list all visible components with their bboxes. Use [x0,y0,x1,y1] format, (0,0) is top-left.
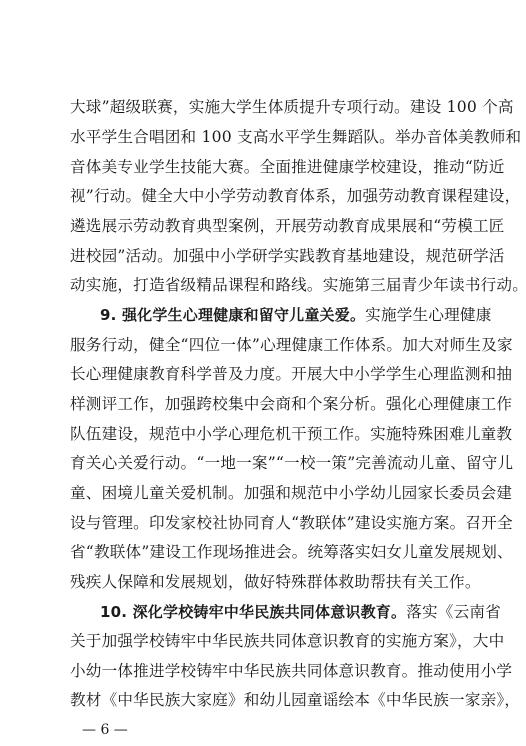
text-line: 小幼一体推进学校铸牢中华民族共同体意识教育。推动使用小学 [70,660,466,682]
text-span: 实施学生心理健康 [365,306,491,324]
text-line: 样测评工作，加强跨校集中会商和个案分析。强化心理健康工作 [70,393,466,415]
text-line: 水平学生合唱团和 100 支高水平学生舞蹈队。举办音体美教师和 [70,126,466,148]
text-line: 童、困境儿童关爱机制。加强和规范中小学幼儿园家长委员会建 [70,482,466,504]
text-line: 大球”超级联赛，实施大学生体质提升专项行动。建设 100 个高 [70,96,466,118]
document-page: 大球”超级联赛，实施大学生体质提升专项行动。建设 100 个高 水平学生合唱团和… [0,0,526,746]
text-line: 设与管理。印发家校社协同育人“教联体”建设实施方案。召开全 [70,512,466,534]
text-span: 落实《云南省 [406,603,501,621]
text-line: 教材《中华民族大家庭》和幼儿园童谣绘本《中华民族一家亲》， [70,689,466,711]
page-number: — 6 — [82,721,128,739]
section-heading: 9. 强化学生心理健康和留守儿童关爱。 [100,306,365,324]
text-line: 省“教联体”建设工作现场推进会。统筹落实妇女儿童发展规划、 [70,541,466,563]
text-line: 动实施，打造省级精品课程和路线。实施第三届青少年读书行动。 [70,274,466,296]
text-line: 关于加强学校铸牢中华民族共同体意识教育的实施方案》，大中 [70,630,466,652]
section-heading: 10. 深化学校铸牢中华民族共同体意识教育。 [100,603,406,621]
text-line: 服务行动，健全“四位一体”心理健康工作体系。加大对师生及家 [70,334,466,356]
text-line: 长心理健康教育科学普及力度。开展大中小学学生心理监测和抽 [70,363,466,385]
text-line: 视”行动。健全大中小学劳动教育体系，加强劳动教育课程建设， [70,185,466,207]
text-line: 育关心关爱行动。“一地一案”“一校一策”完善流动儿童、留守儿 [70,452,466,474]
text-line: 残疾人保障和发展规划，做好特殊群体救助帮扶有关工作。 [70,571,466,593]
text-line: 进校园”活动。加强中小学研学实践教育基地建设，规范研学活 [70,245,466,267]
section-10-heading-line: 10. 深化学校铸牢中华民族共同体意识教育。落实《云南省 [100,601,466,623]
text-line: 遴选展示劳动教育典型案例，开展劳动教育成果展和“劳模工匠 [70,215,466,237]
text-line: 音体美专业学生技能大赛。全面推进健康学校建设，推动“防近 [70,156,466,178]
section-9-heading-line: 9. 强化学生心理健康和留守儿童关爱。实施学生心理健康 [100,304,466,326]
text-line: 队伍建设，规范中小学心理危机干预工作。实施特殊困难儿童教 [70,423,466,445]
